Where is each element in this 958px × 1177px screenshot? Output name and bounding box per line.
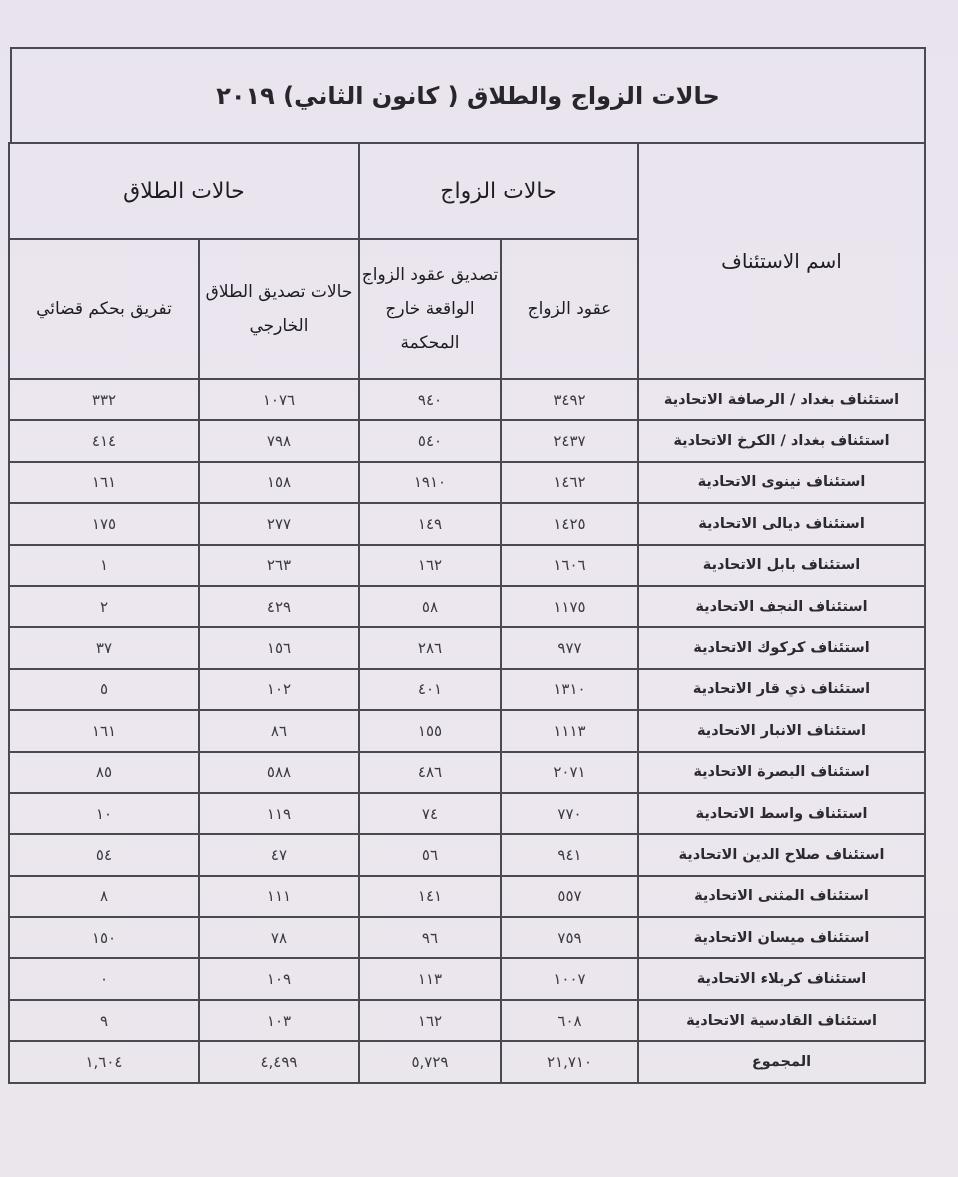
marriage-contracts-cell: ٩٤١ <box>501 834 638 875</box>
header-divorce-ratified: حالات تصديق الطلاق الخارجي <box>199 239 359 379</box>
judicial-separation-cell: ١٥٠ <box>9 917 199 958</box>
marriage-contracts-cell: ٢٠٧١ <box>501 752 638 793</box>
marriage-contracts-cell: ١١٧٥ <box>501 586 638 627</box>
marriage-contracts-cell: ٣٤٩٢ <box>501 379 638 420</box>
marriage-ratified-cell: ١٤١ <box>359 876 501 917</box>
table-row: استئناف بغداد / الكرخ الاتحادية ٢٤٣٧ ٥٤٠… <box>9 420 925 461</box>
judicial-separation-cell: ١٠ <box>9 793 199 834</box>
table-row: استئناف ديالى الاتحادية ١٤٢٥ ١٤٩ ٢٧٧ ١٧٥ <box>9 503 925 544</box>
divorce-ratified-cell: ٢٦٣ <box>199 545 359 586</box>
table-row: استئناف صلاح الدين الاتحادية ٩٤١ ٥٦ ٤٧ ٥… <box>9 834 925 875</box>
table-row: استئناف كربلاء الاتحادية ١٠٠٧ ١١٣ ١٠٩ ٠ <box>9 958 925 999</box>
divorce-ratified-cell: ١٥٨ <box>199 462 359 503</box>
judicial-separation-cell: ٠ <box>9 958 199 999</box>
court-name-cell: استئناف المثنى الاتحادية <box>638 876 925 917</box>
marriage-ratified-cell: ٩٦ <box>359 917 501 958</box>
table-row: استئناف واسط الاتحادية ٧٧٠ ٧٤ ١١٩ ١٠ <box>9 793 925 834</box>
table-row: استئناف نينوى الاتحادية ١٤٦٢ ١٩١٠ ١٥٨ ١٦… <box>9 462 925 503</box>
marriage-ratified-cell: ١٤٩ <box>359 503 501 544</box>
marriage-ratified-cell: ١٦٢ <box>359 545 501 586</box>
judicial-separation-cell: ٨٥ <box>9 752 199 793</box>
divorce-ratified-cell: ١٠٩ <box>199 958 359 999</box>
table-row: استئناف المثنى الاتحادية ٥٥٧ ١٤١ ١١١ ٨ <box>9 876 925 917</box>
judicial-separation-cell: ١ <box>9 545 199 586</box>
total-label: المجموع <box>638 1041 925 1083</box>
judicial-separation-cell: ٥٤ <box>9 834 199 875</box>
marriage-contracts-cell: ٧٥٩ <box>501 917 638 958</box>
divorce-ratified-cell: ١١٩ <box>199 793 359 834</box>
court-name-cell: استئناف بغداد / الكرخ الاتحادية <box>638 420 925 461</box>
marriage-contracts-cell: ٢٤٣٧ <box>501 420 638 461</box>
marriage-ratified-cell: ١١٣ <box>359 958 501 999</box>
table-row: استئناف كركوك الاتحادية ٩٧٧ ٢٨٦ ١٥٦ ٣٧ <box>9 627 925 668</box>
court-name-cell: استئناف كربلاء الاتحادية <box>638 958 925 999</box>
court-name-cell: استئناف ذي قار الاتحادية <box>638 669 925 710</box>
court-name-cell: استئناف ميسان الاتحادية <box>638 917 925 958</box>
judicial-separation-cell: ١٧٥ <box>9 503 199 544</box>
judicial-separation-cell: ٤١٤ <box>9 420 199 461</box>
marriage-contracts-cell: ٦٠٨ <box>501 1000 638 1041</box>
marriage-contracts-cell: ١٤٦٢ <box>501 462 638 503</box>
court-name-cell: استئناف بغداد / الرصافة الاتحادية <box>638 379 925 420</box>
judicial-separation-cell: ١٦١ <box>9 462 199 503</box>
divorce-ratified-cell: ٤٧ <box>199 834 359 875</box>
header-marriage-group: حالات الزواج <box>359 143 638 239</box>
header-court-name: اسم الاستئناف <box>638 143 925 379</box>
divorce-ratified-cell: ٤٢٩ <box>199 586 359 627</box>
marriage-contracts-cell: ١٤٢٥ <box>501 503 638 544</box>
table-row: استئناف النجف الاتحادية ١١٧٥ ٥٨ ٤٢٩ ٢ <box>9 586 925 627</box>
judicial-separation-cell: ٢ <box>9 586 199 627</box>
marriage-contracts-cell: ١٠٠٧ <box>501 958 638 999</box>
marriage-ratified-cell: ١٥٥ <box>359 710 501 751</box>
table-row: استئناف بابل الاتحادية ١٦٠٦ ١٦٢ ٢٦٣ ١ <box>9 545 925 586</box>
court-name-cell: استئناف القادسية الاتحادية <box>638 1000 925 1041</box>
court-name-cell: استئناف الانبار الاتحادية <box>638 710 925 751</box>
court-name-cell: استئناف صلاح الدين الاتحادية <box>638 834 925 875</box>
marriage-ratified-cell: ٤٨٦ <box>359 752 501 793</box>
marriage-ratified-cell: ٢٨٦ <box>359 627 501 668</box>
marriage-ratified-cell: ٥٦ <box>359 834 501 875</box>
marriage-contracts-cell: ١١١٣ <box>501 710 638 751</box>
judicial-separation-cell: ٥ <box>9 669 199 710</box>
court-name-cell: استئناف كركوك الاتحادية <box>638 627 925 668</box>
marriage-contracts-cell: ١٣١٠ <box>501 669 638 710</box>
divorce-ratified-cell: ٥٨٨ <box>199 752 359 793</box>
marriage-ratified-cell: ٥٨ <box>359 586 501 627</box>
total-divorce-ratified: ٤,٤٩٩ <box>199 1041 359 1083</box>
divorce-ratified-cell: ٧٩٨ <box>199 420 359 461</box>
marriage-ratified-cell: ١٩١٠ <box>359 462 501 503</box>
marriage-divorce-table: اسم الاستئناف حالات الزواج حالات الطلاق … <box>8 142 926 1084</box>
table-row: استئناف بغداد / الرصافة الاتحادية ٣٤٩٢ ٩… <box>9 379 925 420</box>
divorce-ratified-cell: ٨٦ <box>199 710 359 751</box>
marriage-contracts-cell: ١٦٠٦ <box>501 545 638 586</box>
judicial-separation-cell: ٣٣٢ <box>9 379 199 420</box>
judicial-separation-cell: ٣٧ <box>9 627 199 668</box>
table-row: استئناف القادسية الاتحادية ٦٠٨ ١٦٢ ١٠٣ ٩ <box>9 1000 925 1041</box>
marriage-ratified-cell: ٩٤٠ <box>359 379 501 420</box>
table-row: استئناف البصرة الاتحادية ٢٠٧١ ٤٨٦ ٥٨٨ ٨٥ <box>9 752 925 793</box>
judicial-separation-cell: ٨ <box>9 876 199 917</box>
marriage-ratified-cell: ٥٤٠ <box>359 420 501 461</box>
marriage-contracts-cell: ٥٥٧ <box>501 876 638 917</box>
header-divorce-group: حالات الطلاق <box>9 143 359 239</box>
divorce-ratified-cell: ١٠٧٦ <box>199 379 359 420</box>
header-marriage-contracts: عقود الزواج <box>501 239 638 379</box>
court-name-cell: استئناف البصرة الاتحادية <box>638 752 925 793</box>
court-name-cell: استئناف واسط الاتحادية <box>638 793 925 834</box>
total-row: المجموع ٢١,٧١٠ ٥,٧٢٩ ٤,٤٩٩ ١,٦٠٤ <box>9 1041 925 1083</box>
table-row: استئناف ميسان الاتحادية ٧٥٩ ٩٦ ٧٨ ١٥٠ <box>9 917 925 958</box>
marriage-contracts-cell: ٩٧٧ <box>501 627 638 668</box>
marriage-ratified-cell: ٤٠١ <box>359 669 501 710</box>
document-title: حالات الزواج والطلاق ( كانون الثاني) ٢٠١… <box>216 82 720 110</box>
court-name-cell: استئناف نينوى الاتحادية <box>638 462 925 503</box>
divorce-ratified-cell: ٢٧٧ <box>199 503 359 544</box>
header-marriage-ratified: تصديق عقود الزواج الواقعة خارج المحكمة <box>359 239 501 379</box>
statistics-document: حالات الزواج والطلاق ( كانون الثاني) ٢٠١… <box>10 47 926 1084</box>
divorce-ratified-cell: ١٠٣ <box>199 1000 359 1041</box>
table-row: استئناف الانبار الاتحادية ١١١٣ ١٥٥ ٨٦ ١٦… <box>9 710 925 751</box>
table-row: استئناف ذي قار الاتحادية ١٣١٠ ٤٠١ ١٠٢ ٥ <box>9 669 925 710</box>
total-marriage-contracts: ٢١,٧١٠ <box>501 1041 638 1083</box>
total-marriage-ratified: ٥,٧٢٩ <box>359 1041 501 1083</box>
total-judicial-separation: ١,٦٠٤ <box>9 1041 199 1083</box>
judicial-separation-cell: ١٦١ <box>9 710 199 751</box>
judicial-separation-cell: ٩ <box>9 1000 199 1041</box>
divorce-ratified-cell: ١١١ <box>199 876 359 917</box>
marriage-ratified-cell: ٧٤ <box>359 793 501 834</box>
court-name-cell: استئناف النجف الاتحادية <box>638 586 925 627</box>
marriage-ratified-cell: ١٦٢ <box>359 1000 501 1041</box>
document-page: حالات الزواج والطلاق ( كانون الثاني) ٢٠١… <box>0 0 958 1177</box>
divorce-ratified-cell: ٧٨ <box>199 917 359 958</box>
court-name-cell: استئناف ديالى الاتحادية <box>638 503 925 544</box>
divorce-ratified-cell: ١٥٦ <box>199 627 359 668</box>
title-box: حالات الزواج والطلاق ( كانون الثاني) ٢٠١… <box>10 47 926 142</box>
divorce-ratified-cell: ١٠٢ <box>199 669 359 710</box>
court-name-cell: استئناف بابل الاتحادية <box>638 545 925 586</box>
header-judicial-separation: تفريق بحكم قضائي <box>9 239 199 379</box>
marriage-contracts-cell: ٧٧٠ <box>501 793 638 834</box>
